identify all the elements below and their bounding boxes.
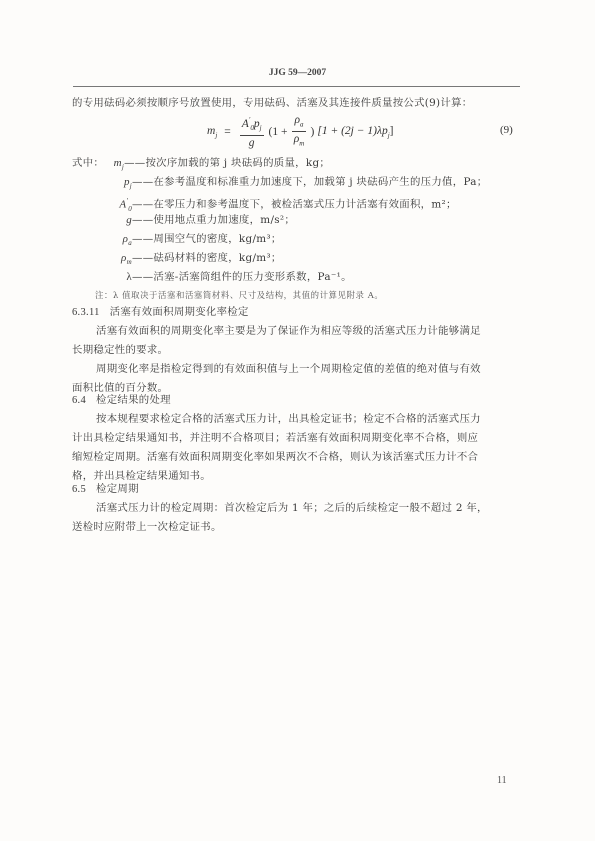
where-symbol: g (72, 213, 132, 227)
formula-paren-close: ) (311, 126, 315, 138)
paragraph-line: 周期变化率是指检定得到的有效面积值与上一个周期检定值的差值的绝对值与有效 (96, 362, 481, 376)
where-symbol: ρm (72, 251, 132, 269)
paragraph-line: 格，并出具检定结果通知书。 (72, 469, 211, 483)
formula-9: mj = A′0pj g (1 + ρa ρm ) [1 + (2j − 1)λ… (207, 112, 394, 152)
section-heading-6-3-11: 6.3.11活塞有效面积周期变化率检定 (72, 305, 249, 320)
where-symbol: λ (72, 270, 132, 284)
paragraph-line: 活塞有效面积的周期变化率主要是为了保证作为相应等级的活塞式压力计能够满足 (96, 324, 481, 338)
where-symbol: pj (72, 175, 132, 193)
section-title: 检定结果的处理 (96, 394, 171, 406)
running-header-standard-code: JJG 59—2007 (0, 68, 595, 78)
formula-fraction-density: ρa ρm (292, 114, 305, 151)
section-number: 6.5 (72, 484, 86, 495)
section-title: 活塞有效面积周期变化率检定 (110, 306, 249, 318)
section-heading-6-5: 6.5检定周期 (72, 482, 139, 497)
where-description: ——在零压力和参考温度下，被检活塞式压力计活塞有效面积，m²； (132, 199, 457, 211)
where-item-5: ρm——砝码材料的密度，kg/m³； (72, 251, 282, 269)
where-intro: 式中： (72, 157, 104, 169)
where-description: ——按次序加载的第 j 块砝码的质量，kg； (124, 157, 330, 169)
formula-lhs: mj (207, 125, 217, 139)
formula-bracket-term: [1 + (2j − 1)λpj] (317, 125, 393, 139)
where-item-0: 式中：mj——按次序加载的第 j 块砝码的质量，kg； (72, 156, 330, 174)
where-description: ——使用地点重力加速度，m/s²； (132, 214, 295, 226)
where-item-3: g——使用地点重力加速度，m/s²； (72, 213, 295, 227)
where-description: ——周围空气的密度，kg/m³； (132, 233, 282, 245)
page-number: 11 (497, 775, 507, 786)
continuation-line: 的专用砝码必须按顺序号放置使用，专用砝码、活塞及其连接件质量按公式(9)计算： (72, 96, 472, 110)
where-note: 注：λ 值取决于活塞和活塞筒材料、尺寸及结构，其值的计算见附录 A。 (95, 289, 383, 301)
formula-equals: = (224, 126, 231, 138)
header-rule (73, 86, 520, 87)
paragraph-line: 活塞式压力计的检定周期：首次检定后为 1 年；之后的后续检定一般不超过 2 年， (96, 501, 488, 515)
where-symbol: ρa (72, 232, 132, 250)
where-item-1: pj——在参考温度和标准重力加速度下，加载第 j 块砝码产生的压力值，Pa； (72, 175, 487, 193)
where-description: ——砝码材料的密度，kg/m³； (132, 252, 282, 264)
paragraph-line: 缩短检定周期。活塞有效面积周期变化率如果两次不合格，则认为该活塞式压力计不合 (72, 450, 478, 464)
paragraph-line: 送检时应附带上一次检定证书。 (72, 520, 222, 534)
where-description: ——活塞-活塞筒组件的压力变形系数，Pa⁻¹。 (132, 271, 352, 283)
document-page: JJG 59—2007 的专用砝码必须按顺序号放置使用，专用砝码、活塞及其连接件… (0, 0, 595, 841)
equation-number: (9) (500, 124, 513, 136)
section-number: 6.4 (72, 395, 86, 406)
section-heading-6-4: 6.4检定结果的处理 (72, 393, 171, 408)
formula-paren-open: (1 + (269, 126, 288, 138)
section-number: 6.3.11 (72, 307, 100, 318)
section-title: 检定周期 (96, 483, 139, 495)
where-item-6: λ——活塞-活塞筒组件的压力变形系数，Pa⁻¹。 (72, 270, 352, 284)
paragraph-line: 长期稳定性的要求。 (72, 343, 168, 357)
paragraph-line: 按本规程要求检定合格的活塞式压力计，出具检定证书；检定不合格的活塞式压力 (96, 412, 481, 426)
where-description: ——在参考温度和标准重力加速度下，加载第 j 块砝码产生的压力值，Pa； (132, 176, 487, 188)
where-symbol: mj (104, 156, 124, 174)
formula-fraction-main: A′0pj g (240, 114, 264, 150)
paragraph-line: 计出具检定结果通知书，并注明不合格项目；若活塞有效面积周期变化率不合格，则应 (72, 431, 478, 445)
where-item-4: ρa——周围空气的密度，kg/m³； (72, 232, 282, 250)
